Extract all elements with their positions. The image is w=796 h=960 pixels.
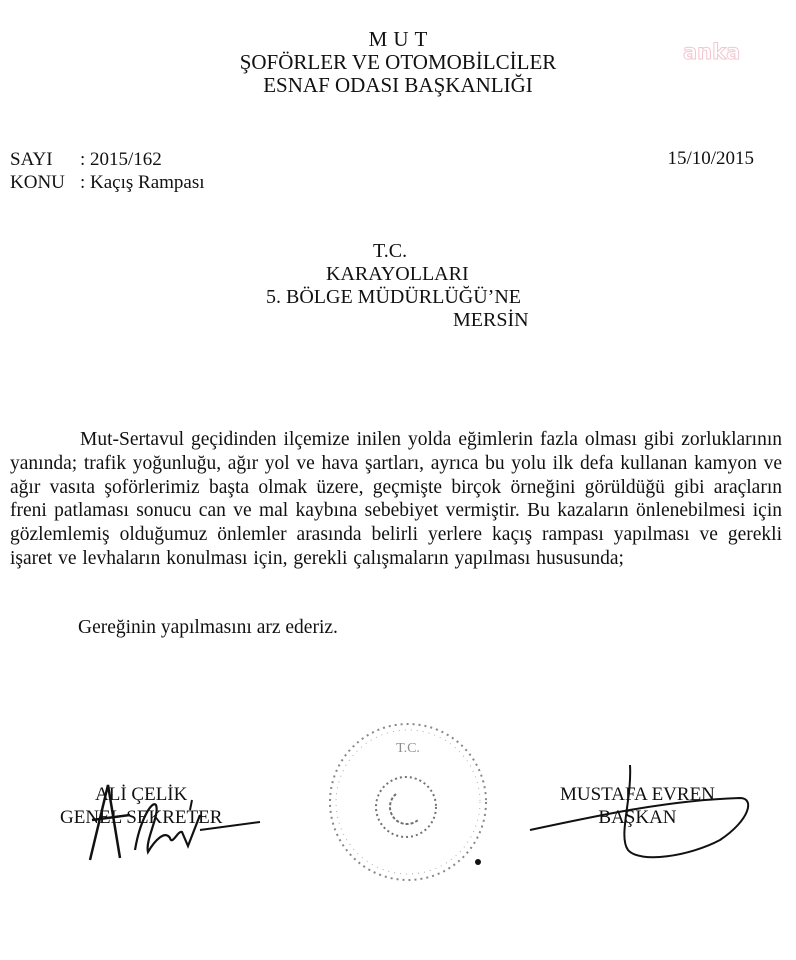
number-label: SAYI xyxy=(10,148,80,171)
official-seal-icon: T.C. xyxy=(318,712,498,892)
closing-line: Gereğinin yapılmasını arz ederiz. xyxy=(78,617,338,639)
letterhead-line: ESNAF ODASI BAŞKANLIĞI xyxy=(0,74,796,97)
body-paragraph: Mut-Sertavul geçidinden ilçemize inilen … xyxy=(10,428,782,571)
subject-label: KONU xyxy=(10,171,80,194)
letterhead-line: ŞOFÖRLER VE OTOMOBİLCİLER xyxy=(0,51,796,74)
letterhead-line: MUT xyxy=(0,28,796,51)
letterhead: MUT ŞOFÖRLER VE OTOMOBİLCİLER ESNAF ODAS… xyxy=(0,28,796,97)
signature-scrawl-right-icon xyxy=(520,760,770,870)
svg-text:T.C.: T.C. xyxy=(396,741,420,756)
recipient-line: KARAYOLLARI xyxy=(326,263,469,286)
document-date: 15/10/2015 xyxy=(667,148,754,170)
meta-number-row: SAYI : 2015/162 xyxy=(10,148,205,171)
recipient-line: T.C. xyxy=(373,240,407,263)
meta-subject-row: KONU : Kaçış Rampası xyxy=(10,171,205,194)
subject-value: : Kaçış Rampası xyxy=(80,171,205,194)
number-value: : 2015/162 xyxy=(80,148,162,171)
recipient-line: MERSİN xyxy=(453,309,529,332)
recipient-line: 5. BÖLGE MÜDÜRLÜĞÜ’NE xyxy=(266,286,521,309)
signature-scrawl-left-icon xyxy=(60,760,280,870)
document-meta: SAYI : 2015/162 KONU : Kaçış Rampası xyxy=(10,148,205,194)
